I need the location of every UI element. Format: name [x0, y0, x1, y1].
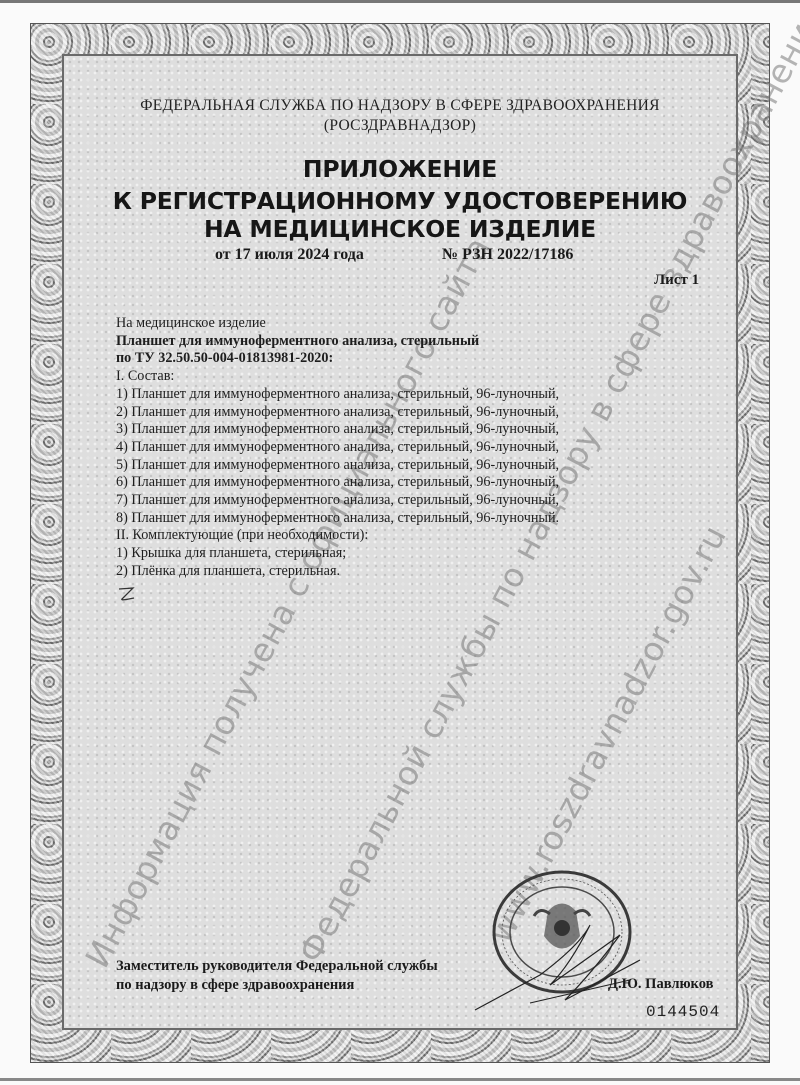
product-name: Планшет для иммуноферментного анализа, с…: [116, 333, 559, 351]
composition-item: 1) Планшет для иммуноферментного анализа…: [116, 386, 559, 404]
signatory-position: Заместитель руководителя Федеральной слу…: [116, 957, 438, 995]
document-title-line2: К РЕГИСТРАЦИОННОМУ УДОСТОВЕРЕНИЮ: [62, 187, 738, 215]
agency-name: ФЕДЕРАЛЬНАЯ СЛУЖБА ПО НАДЗОРУ В СФЕРЕ ЗД…: [62, 97, 738, 115]
document-title-line1: ПРИЛОЖЕНИЕ: [62, 155, 738, 183]
component-item: 2) Плёнка для планшета, стерильная.: [116, 563, 559, 581]
intro-text: На медицинское изделие: [116, 315, 559, 333]
registration-number: № РЗН 2022/17186: [442, 246, 573, 264]
signatory-position-line2: по надзору в сфере здравоохранения: [116, 976, 438, 995]
component-item: 1) Крышка для планшета, стерильная;: [116, 545, 559, 563]
composition-item: 8) Планшет для иммуноферментного анализа…: [116, 510, 559, 528]
sheet-number: Лист 1: [654, 272, 699, 289]
composition-item: 2) Планшет для иммуноферментного анализа…: [116, 404, 559, 422]
handwritten-mark-icon: [116, 585, 138, 603]
agency-abbreviation: (РОСЗДРАВНАДЗОР): [62, 117, 738, 135]
signatory-name: Д.Ю. Павлюков: [608, 976, 713, 993]
scan-edge-top: [0, 0, 800, 3]
composition-heading: I. Состав:: [116, 368, 559, 386]
composition-item: 4) Планшет для иммуноферментного анализа…: [116, 439, 559, 457]
product-spec: по ТУ 32.50.50-004-01813981-2020:: [116, 350, 559, 368]
composition-item: 7) Планшет для иммуноферментного анализа…: [116, 492, 559, 510]
document-title-line3: НА МЕДИЦИНСКОЕ ИЗДЕЛИЕ: [62, 215, 738, 243]
document-body: На медицинское изделие Планшет для иммун…: [116, 315, 559, 581]
issue-date: от 17 июля 2024 года: [215, 246, 364, 264]
signature-icon: [470, 905, 660, 1015]
form-serial-number: 0144504: [646, 1003, 720, 1021]
composition-item: 6) Планшет для иммуноферментного анализа…: [116, 474, 559, 492]
composition-item: 5) Планшет для иммуноферментного анализа…: [116, 457, 559, 475]
scan-edge-bottom: [0, 1078, 800, 1081]
signatory-position-line1: Заместитель руководителя Федеральной слу…: [116, 957, 438, 976]
composition-item: 3) Планшет для иммуноферментного анализа…: [116, 421, 559, 439]
components-heading: II. Комплектующие (при необходимости):: [116, 527, 559, 545]
